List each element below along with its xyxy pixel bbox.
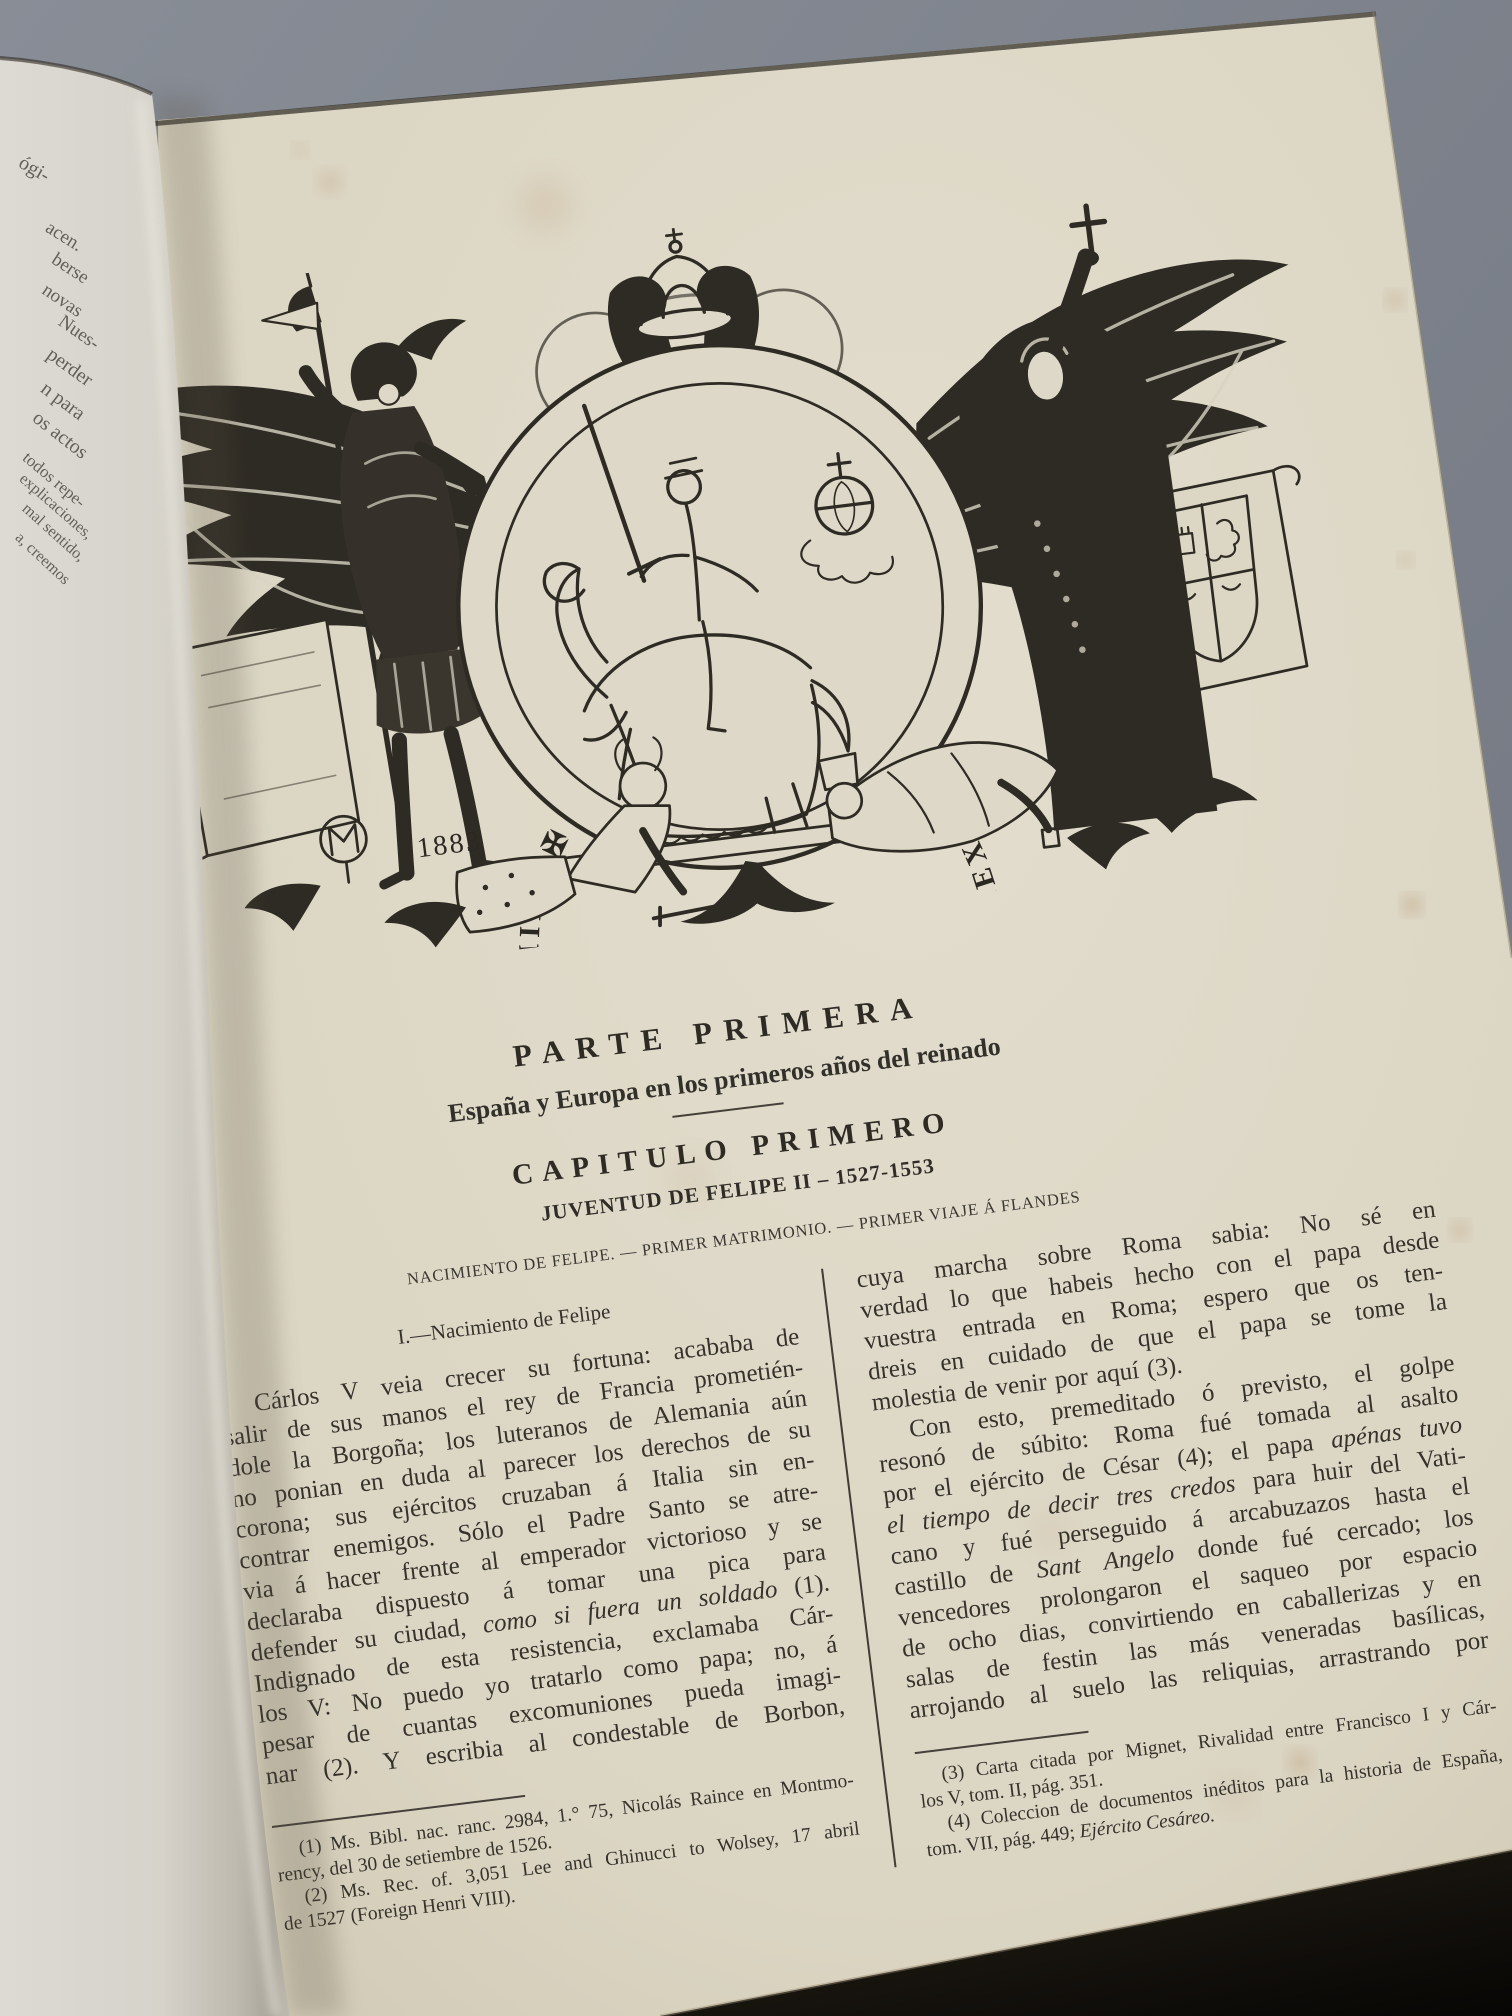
page-fragment: ógi- [14,151,53,187]
book-photo: ✠ PHILIPVS II HISP: ET: IND: REX: [0,0,1512,2016]
previous-page-fragments: ógi- acen. berse novas Nues- perder n pa… [0,0,1512,2016]
